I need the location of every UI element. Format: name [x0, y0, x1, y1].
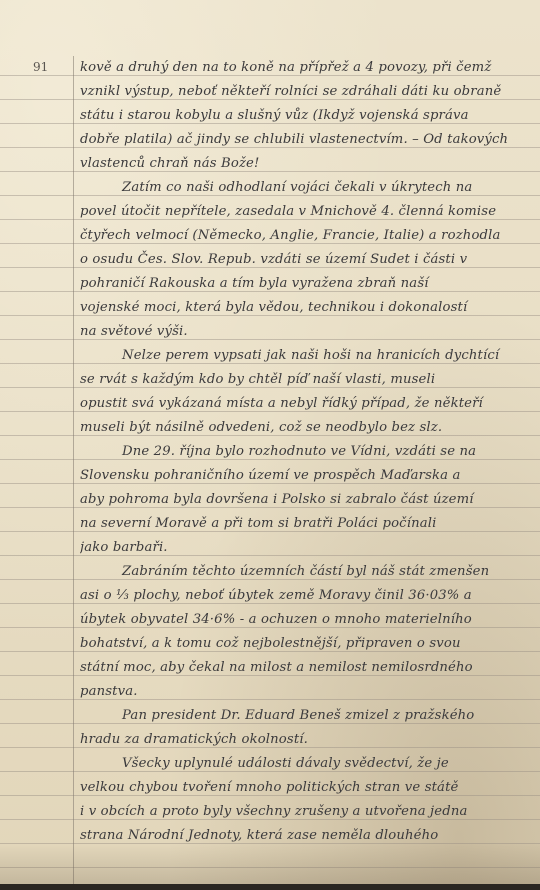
text-line: aby pohroma byla dovršena i Polsko si za…: [80, 488, 540, 512]
handwritten-text-block: kově a druhý den na to koně na přípřež a…: [80, 56, 540, 848]
text-line: velkou chybou tvoření mnoho politických …: [80, 776, 540, 800]
text-line: vojenské moci, která byla vědou, technik…: [80, 296, 540, 320]
text-line: museli být násilně odvedeni, což se neod…: [80, 416, 540, 440]
text-line: úbytek obyvatel 34·6% - a ochuzen o mnoh…: [80, 608, 540, 632]
text-line: opustit svá vykázaná místa a nebyl řídký…: [80, 392, 540, 416]
text-line: bohatství, a k tomu což nejbolestnější, …: [80, 632, 540, 656]
text-line: Všecky uplynulé události dávaly svědectv…: [80, 752, 540, 776]
text-line: pohraničí Rakouska a tím byla vyražena z…: [80, 272, 540, 296]
text-line: Slovensku pohraničního území ve prospěch…: [80, 464, 540, 488]
text-line: Zabráním těchto územních částí byl náš s…: [80, 560, 540, 584]
text-line: se rvát s každým kdo by chtěl píď naší v…: [80, 368, 540, 392]
text-line: o osudu Čes. Slov. Repub. vzdáti se územ…: [80, 248, 540, 272]
text-line: dobře platila) ač jindy se chlubili vlas…: [80, 128, 540, 152]
text-line: i v obcích a proto byly všechny zrušeny …: [80, 800, 540, 824]
text-line: na severní Moravě a při tom si bratři Po…: [80, 512, 540, 536]
text-line: povel útočit nepřítele, zasedala v Mnich…: [80, 200, 540, 224]
text-line: kově a druhý den na to koně na přípřež a…: [80, 56, 540, 80]
text-line: jako barbaři.: [80, 536, 540, 560]
text-line: Nelze perem vypsati jak naši hoši na hra…: [80, 344, 540, 368]
page-shadow: [0, 844, 540, 884]
text-line: státní moc, aby čekal na milost a nemilo…: [80, 656, 540, 680]
text-line: asi o ⅓ plochy, neboť úbytek země Moravy…: [80, 584, 540, 608]
text-line: čtyřech velmocí (Německo, Anglie, Franci…: [80, 224, 540, 248]
page-bottom-edge: [0, 884, 540, 890]
text-line: Pan president Dr. Eduard Beneš zmizel z …: [80, 704, 540, 728]
page-number: 91: [33, 60, 48, 74]
chronicle-page: 91 kově a druhý den na to koně na přípře…: [0, 0, 540, 884]
text-line: Dne 29. října bylo rozhodnuto ve Vídni, …: [80, 440, 540, 464]
text-line: panstva.: [80, 680, 540, 704]
text-line: státu i starou kobylu a slušný vůz (Ikdy…: [80, 104, 540, 128]
text-line: Zatím co naši odhodlaní vojáci čekali v …: [80, 176, 540, 200]
text-line: vlastenců chraň nás Bože!: [80, 152, 540, 176]
text-line: vznikl výstup, neboť někteří rolníci se …: [80, 80, 540, 104]
text-line: na světové výši.: [80, 320, 540, 344]
text-line: hradu za dramatických okolností.: [80, 728, 540, 752]
margin-line: [73, 56, 74, 884]
